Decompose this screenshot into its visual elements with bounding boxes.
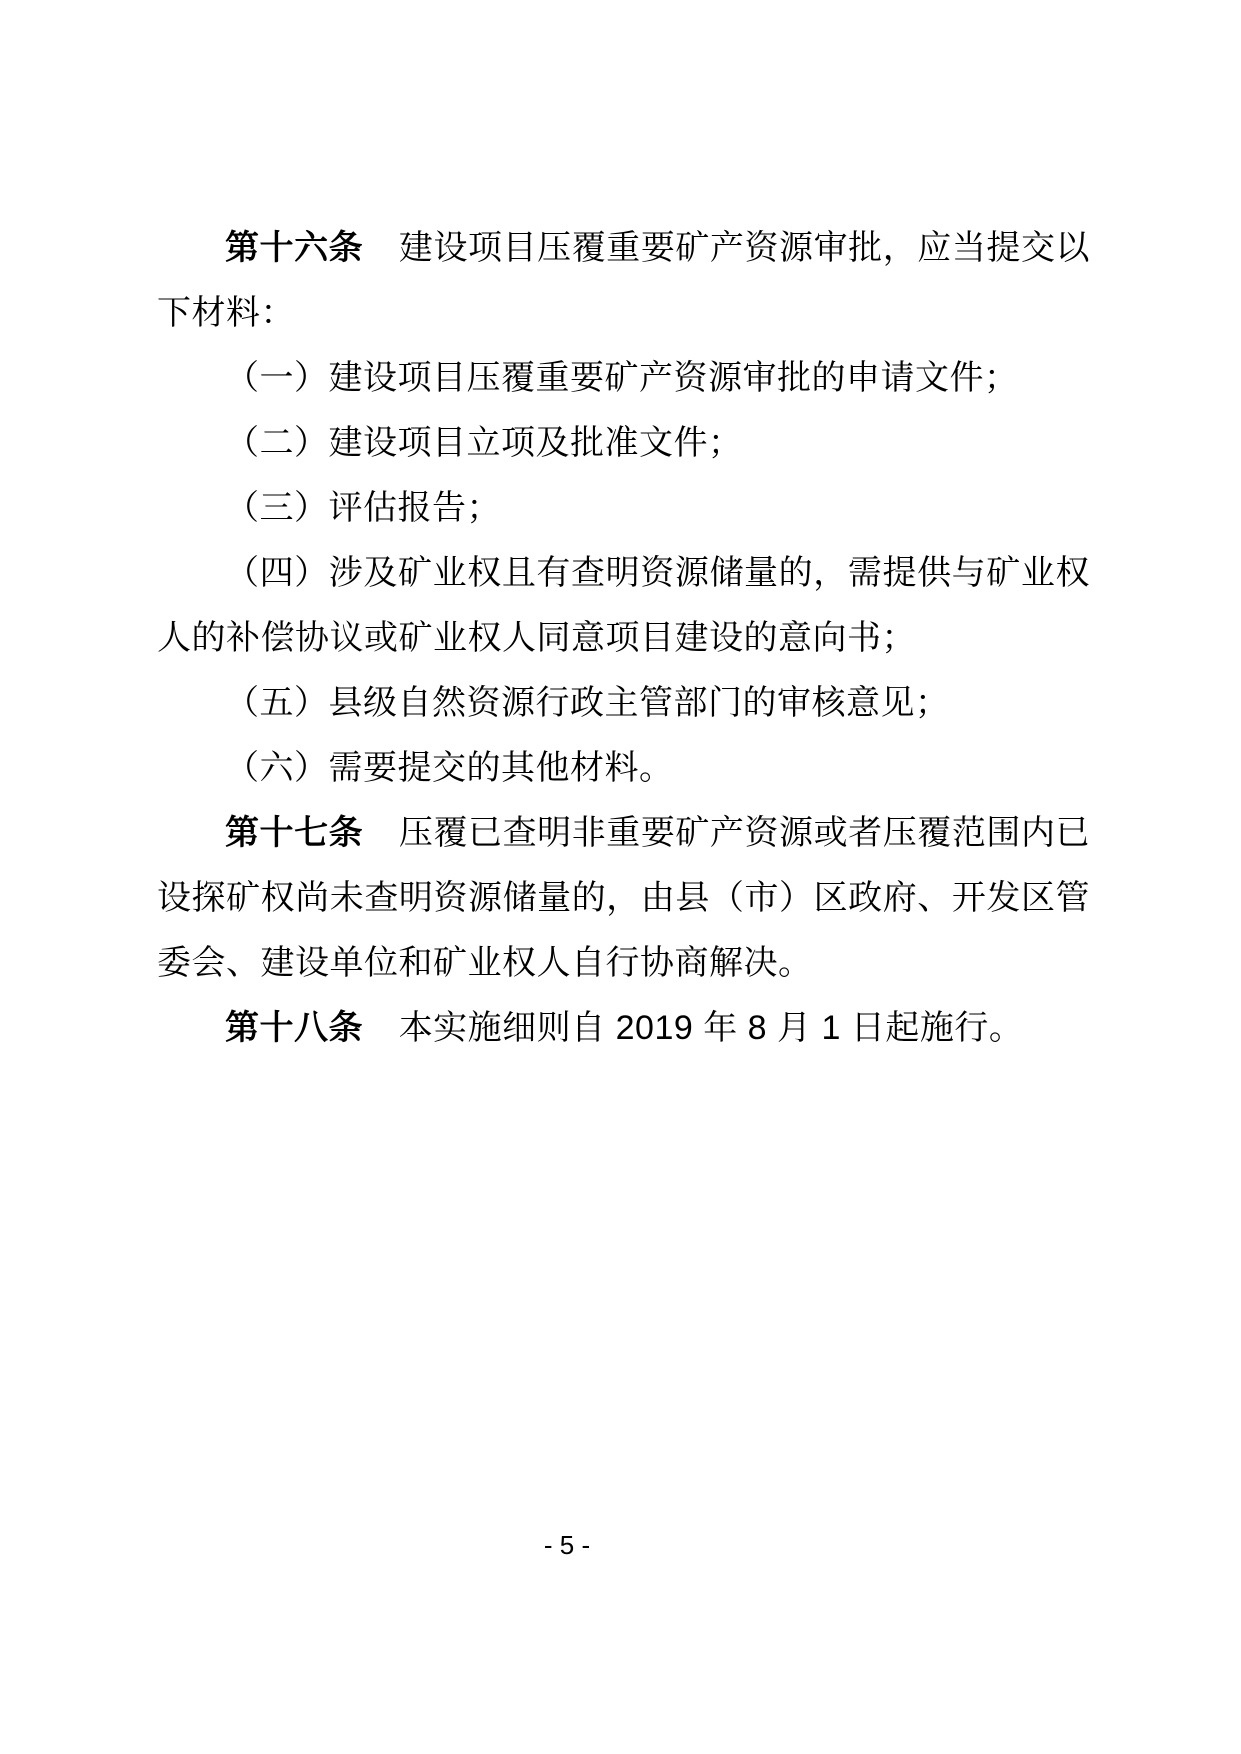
article-number: 第十八条 xyxy=(225,1009,363,1047)
paragraph-text: （六）需要提交的其他材料。 xyxy=(225,749,674,787)
paragraph-text: （四）涉及矿业权且有查明资源储量的，需提供与矿业权人的补偿协议或矿业权人同意项目… xyxy=(157,554,1090,657)
paragraph-item-2: （二）建设项目立项及批准文件； xyxy=(157,411,1090,476)
paragraph-item-3: （三）评估报告； xyxy=(157,476,1090,541)
paragraph-text: （五）县级自然资源行政主管部门的审核意见； xyxy=(225,684,950,722)
paragraph-article-17: 第十七条压覆已查明非重要矿产资源或者压覆范围内已设探矿权尚未查明资源储量的，由县… xyxy=(157,801,1090,996)
paragraph-text: （三）评估报告； xyxy=(225,489,501,527)
page-number: - 5 - xyxy=(0,1527,1134,1563)
document-body: 第十六条建设项目压覆重要矿产资源审批，应当提交以下材料： （一）建设项目压覆重要… xyxy=(157,216,1090,1061)
paragraph-article-16: 第十六条建设项目压覆重要矿产资源审批，应当提交以下材料： xyxy=(157,216,1090,346)
paragraph-item-4: （四）涉及矿业权且有查明资源储量的，需提供与矿业权人的补偿协议或矿业权人同意项目… xyxy=(157,541,1090,671)
paragraph-text: （一）建设项目压覆重要矿产资源审批的申请文件； xyxy=(225,359,1019,397)
paragraph-article-18: 第十八条本实施细则自 2019 年 8 月 1 日起施行。 xyxy=(157,996,1090,1061)
paragraph-item-6: （六）需要提交的其他材料。 xyxy=(157,736,1090,801)
paragraph-text: （二）建设项目立项及批准文件； xyxy=(225,424,743,462)
paragraph-item-5: （五）县级自然资源行政主管部门的审核意见； xyxy=(157,671,1090,736)
paragraph-text: 本实施细则自 2019 年 8 月 1 日起施行。 xyxy=(399,1009,1024,1047)
document-page: 第十六条建设项目压覆重要矿产资源审批，应当提交以下材料： （一）建设项目压覆重要… xyxy=(0,0,1241,1754)
paragraph-item-1: （一）建设项目压覆重要矿产资源审批的申请文件； xyxy=(157,346,1090,411)
article-number: 第十七条 xyxy=(225,814,363,852)
article-number: 第十六条 xyxy=(225,229,363,267)
